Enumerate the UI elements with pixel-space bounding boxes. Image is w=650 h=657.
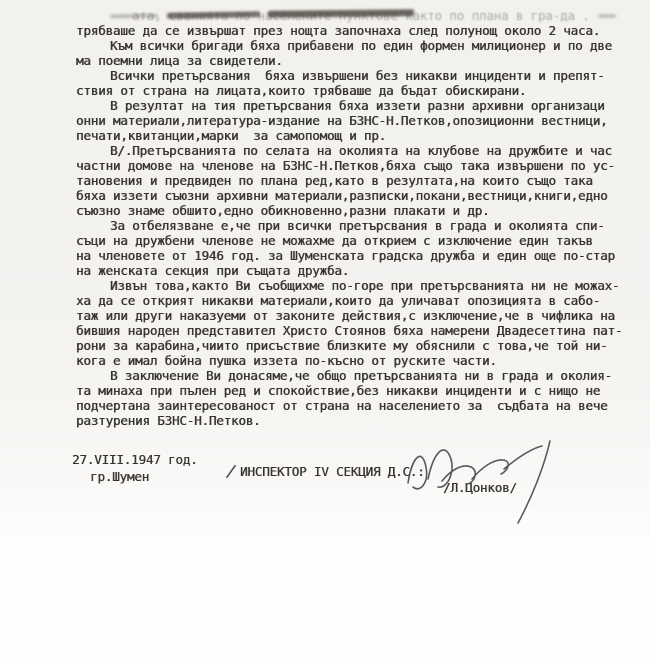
document-line: Към всички бригади бяха прибавени по еди… bbox=[76, 38, 650, 53]
document-line: В/.Претърсванията по селата на околията … bbox=[76, 143, 650, 158]
document-line: бившия народен представител Христо Стоян… bbox=[76, 323, 650, 338]
document-line: Всички претърсвания бяха извършени без н… bbox=[76, 68, 650, 83]
document-line: на членовете от 1946 год. за Шуменската … bbox=[76, 248, 650, 263]
place-label: гр.Шумен bbox=[90, 469, 149, 484]
document-line: рони за карабина,чиито присъствие близки… bbox=[76, 338, 650, 353]
document-line: В заключение Ви донасяме,че общо претърс… bbox=[76, 368, 650, 383]
document-line: трябваше да се извършат през нощта започ… bbox=[76, 23, 650, 38]
document-line: тановения и предвиден по плана ред,като … bbox=[76, 173, 650, 188]
document-line: частни домове на членове на БЗНС-Н.Петко… bbox=[76, 158, 650, 173]
document-line: съци на дружбени членове не можахме да о… bbox=[76, 233, 650, 248]
document-line: разтурения БЗНС-Н.Петков. bbox=[76, 413, 650, 428]
handwritten-comma-mark: / bbox=[224, 461, 238, 482]
document-line: кога е имал бойна пушка иззета по-късно … bbox=[76, 353, 650, 368]
document-line: печати,квитанции,марки за самопомощ и пр… bbox=[76, 128, 650, 143]
document-line: та минаха при пълен ред и спокойствие,бе… bbox=[76, 383, 650, 398]
document-line: таж или други наказуеми от законите дейс… bbox=[76, 308, 650, 323]
document-line: ха да се открият никакви материали,които… bbox=[76, 293, 650, 308]
document-line: ствия от страна на лицата,които трябваше… bbox=[76, 83, 650, 98]
document-line: ма поемни лица за свидетели. bbox=[76, 53, 650, 68]
document-line: на женската секция при същата дружба. bbox=[76, 263, 650, 278]
document-line: В резултат на тия претърсвания бяха иззе… bbox=[76, 98, 650, 113]
date-label: 27.VIII.1947 год. bbox=[72, 452, 198, 467]
document-page: ата, сванията по населените пунктове как… bbox=[0, 0, 650, 657]
document-line: За отбелязване е,че при всички претърсва… bbox=[76, 218, 650, 233]
document-line: подчертана заинтересованост от страна на… bbox=[76, 398, 650, 413]
document-line: съюзно знаме обшито,едно обикновенно,раз… bbox=[76, 203, 650, 218]
document-line: бяха иззети съюзни архивни материали,раз… bbox=[76, 188, 650, 203]
document-line: ата, сванията по населените пунктове как… bbox=[76, 8, 650, 23]
document-line: онни материали,литература-издание на БЗН… bbox=[76, 113, 650, 128]
handwritten-signature bbox=[398, 433, 573, 528]
document-body: ата, сванията по населените пунктове как… bbox=[76, 8, 650, 428]
signature-title: ИНСПЕКТОР IV СЕКЦИЯ Д.С.: bbox=[240, 464, 425, 479]
document-line: Извън това,както Ви съобщихме по-горе пр… bbox=[76, 278, 650, 293]
